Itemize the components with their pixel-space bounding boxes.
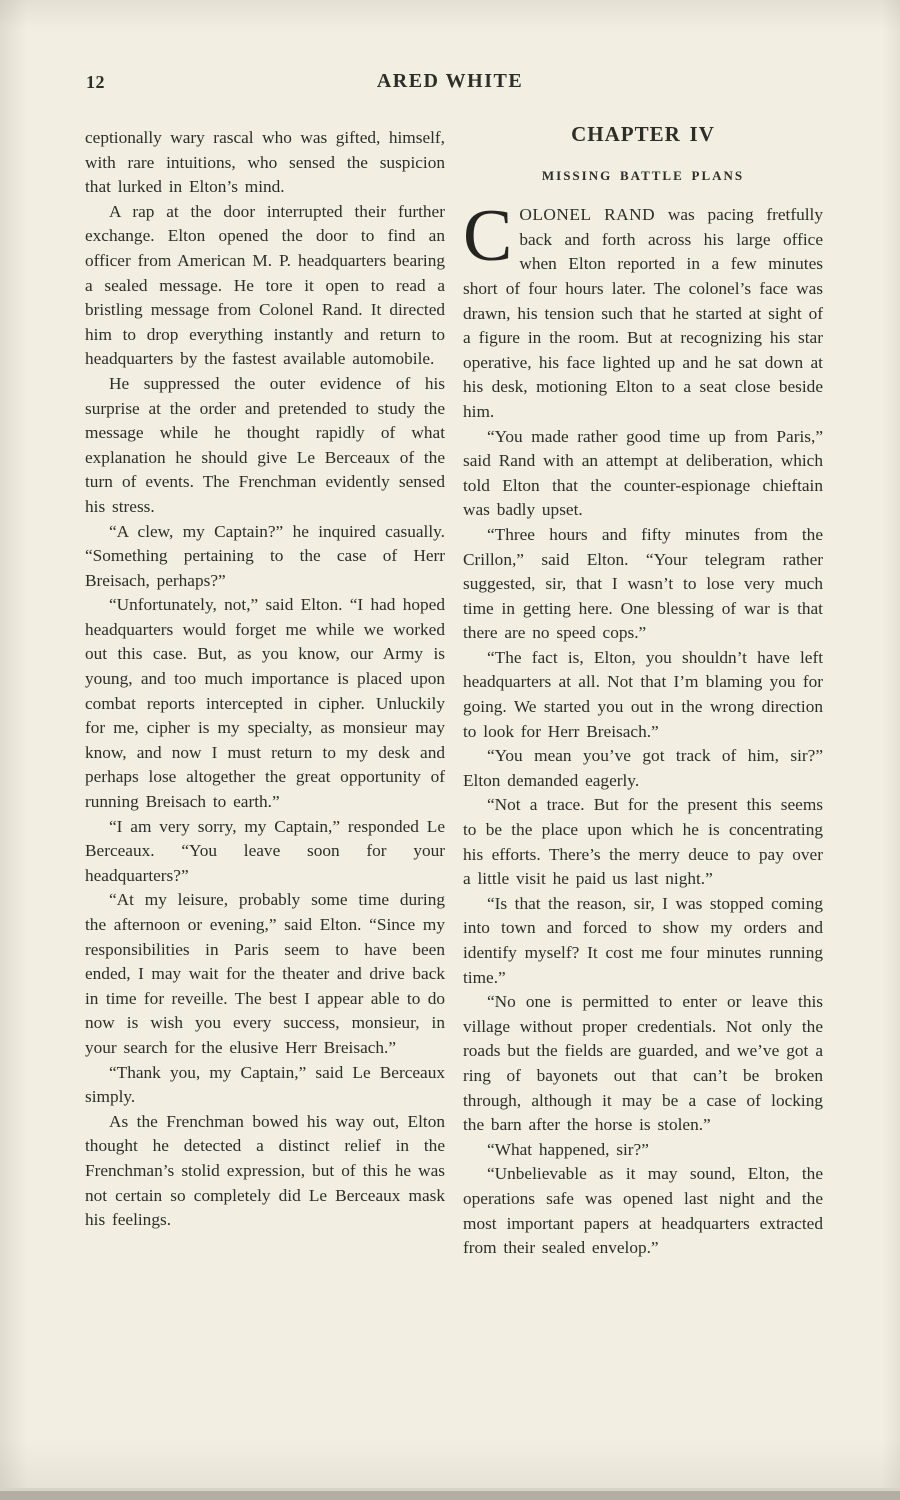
paragraph: “Unbelievable as it may sound, Elton, th… xyxy=(463,1162,823,1260)
paragraph: “I am very sorry, my Captain,” responded… xyxy=(85,815,445,889)
paragraph: “What happened, sir?” xyxy=(463,1138,823,1163)
paragraph: “Not a trace. But for the present this s… xyxy=(463,793,823,891)
opening-lead-caps: OLONEL RAND xyxy=(519,205,655,224)
paragraph: ceptionally wary rascal who was gifted, … xyxy=(85,126,445,200)
paragraph: “No one is permitted to enter or leave t… xyxy=(463,990,823,1138)
paragraph: As the Frenchman bowed his way out, Elto… xyxy=(85,1110,445,1233)
page-header: 12 ARED WHITE xyxy=(0,70,900,96)
right-column: CHAPTER IV MISSING BATTLE PLANS COLONEL … xyxy=(463,122,823,1261)
paragraph: A rap at the door interrupted their furt… xyxy=(85,200,445,372)
paragraph: “Three hours and fifty minutes from the … xyxy=(463,523,823,646)
left-column: ceptionally wary rascal who was gifted, … xyxy=(85,126,445,1233)
paragraph: “Unfortunately, not,” said Elton. “I had… xyxy=(85,593,445,814)
chapter-subtitle: MISSING BATTLE PLANS xyxy=(463,164,823,189)
running-title: ARED WHITE xyxy=(0,70,900,93)
chapter-heading: CHAPTER IV xyxy=(463,122,823,147)
paragraph: “You made rather good time up from Paris… xyxy=(463,425,823,523)
paragraph: “You mean you’ve got track of him, sir?”… xyxy=(463,744,823,793)
paragraph: “Thank you, my Captain,” said Le Berceau… xyxy=(85,1061,445,1110)
page-bottom-edge xyxy=(0,1491,900,1500)
paragraph: “A clew, my Captain?” he inquired casual… xyxy=(85,520,445,594)
paragraph: “Is that the reason, sir, I was stopped … xyxy=(463,892,823,990)
book-page: 12 ARED WHITE ceptionally wary rascal wh… xyxy=(0,0,900,1500)
drop-cap-letter: C xyxy=(463,203,519,266)
paragraph: “At my leisure, probably some time durin… xyxy=(85,888,445,1060)
opening-paragraph: COLONEL RAND was pacing fretfully back a… xyxy=(463,203,823,424)
paragraph: “The fact is, Elton, you shouldn’t have … xyxy=(463,646,823,744)
paragraph: He suppressed the outer evidence of his … xyxy=(85,372,445,520)
